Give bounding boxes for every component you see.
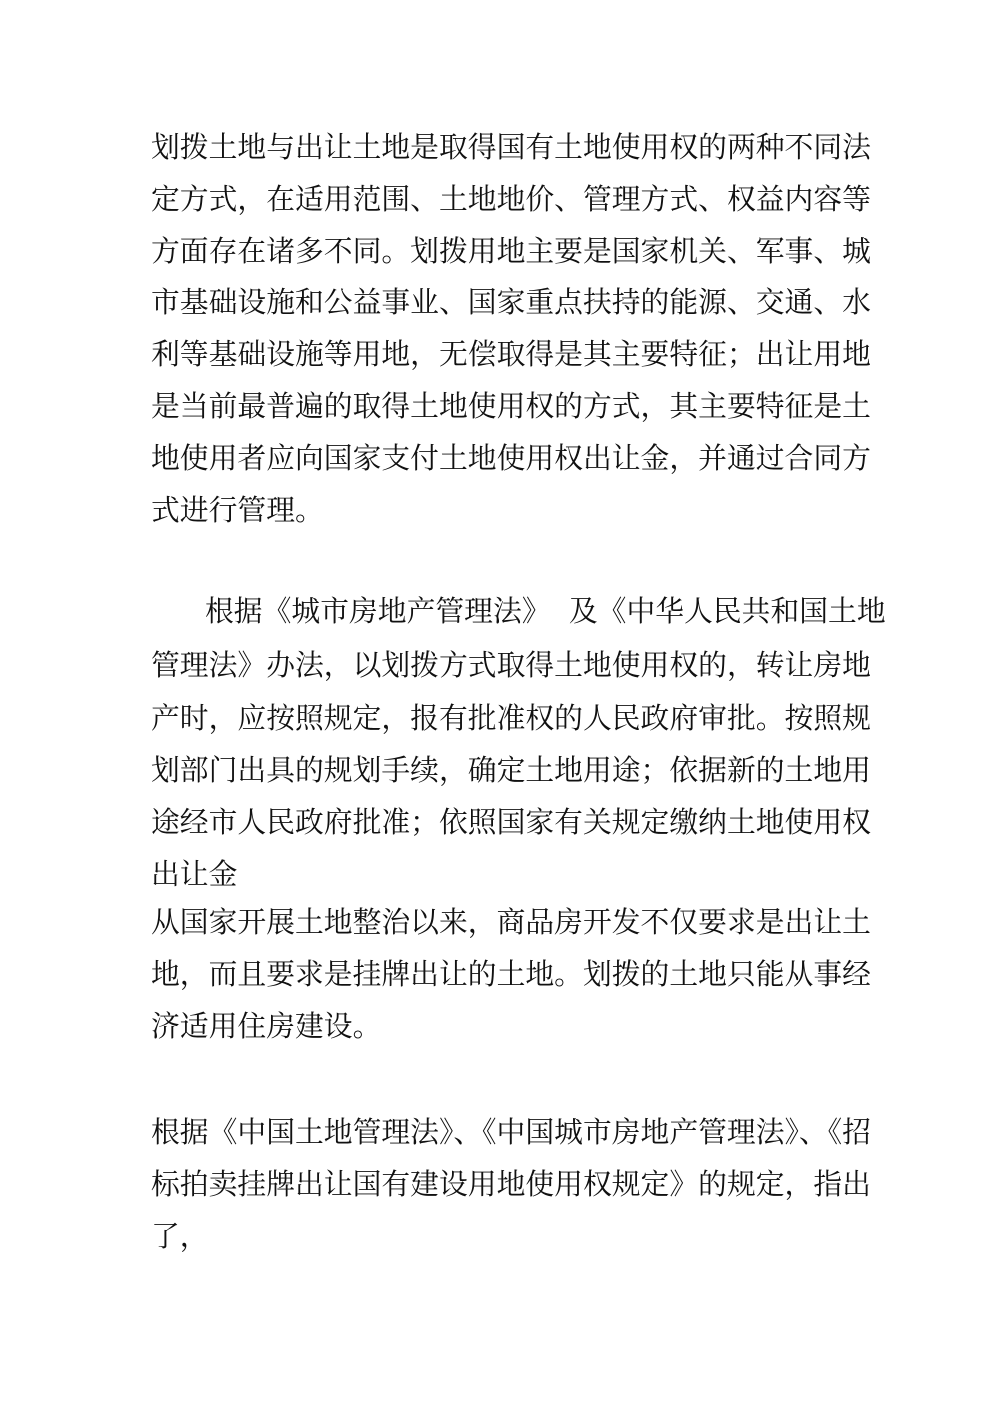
text-line: 根据《中国土地管理法》、《中国城市房地产管理法》、《招 [151, 1116, 871, 1148]
text-line: 管理法》办法，以划拨方式取得土地使用权的，转让房地 [151, 649, 871, 681]
text-line: 市基础设施和公益事业、国家重点扶持的能源、交通、水 [151, 286, 871, 318]
text-line: 地，而且要求是挂牌出让的土地。划拨的土地只能从事经 [151, 958, 871, 990]
text-line: 出让金 [151, 858, 237, 890]
text-line: 途经市人民政府批准；依照国家有关规定缴纳土地使用权 [151, 806, 871, 838]
document-page: 划拨土地与出让土地是取得国有土地使用权的两种不同法 定方式，在适用范围、土地地价… [0, 0, 993, 1404]
text-line: 济适用住房建设。 [151, 1010, 381, 1042]
text-line: 定方式，在适用范围、土地地价、管理方式、权益内容等 [151, 183, 871, 215]
text-line: 是当前最普遍的取得土地使用权的方式，其主要特征是土 [151, 390, 871, 422]
text-line: 划拨土地与出让土地是取得国有土地使用权的两种不同法 [151, 131, 871, 163]
text-line: 从国家开展土地整治以来，商品房开发不仅要求是出让土 [151, 906, 871, 938]
text-line: 式进行管理。 [151, 494, 324, 526]
text-line: 利等基础设施等用地，无偿取得是其主要特征；出让用地 [151, 338, 871, 370]
text-line: 方面存在诸多不同。划拨用地主要是国家机关、军事、城 [151, 235, 871, 267]
text-line: 了， [151, 1220, 209, 1252]
text-line: 产时，应按照规定，报有批准权的人民政府审批。按照规 [151, 702, 871, 734]
text-line: 标拍卖挂牌出让国有建设用地使用权规定》的规定，指出 [151, 1168, 871, 1200]
text-line: 划部门出具的规划手续，确定土地用途；依据新的土地用 [151, 754, 871, 786]
text-line: 根据《城市房地产管理法》 及《中华人民共和国土地 [205, 595, 886, 627]
text-line: 地使用者应向国家支付土地使用权出让金，并通过合同方 [151, 442, 871, 474]
